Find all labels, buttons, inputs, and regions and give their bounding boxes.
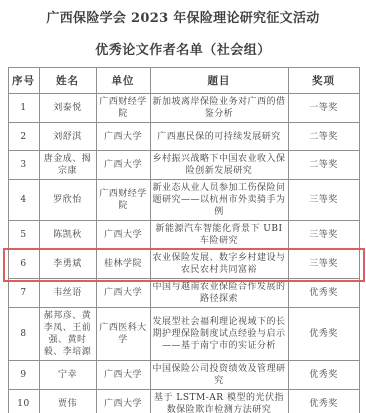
table-row: 7韦丝语广西大学中国与越南农业保险合作发展的路径探索优秀奖 — [8, 279, 359, 308]
row-number: 3 — [8, 151, 39, 180]
paper-title: 中国与越南农业保险合作发展的路径探索 — [150, 279, 288, 308]
row-number: 9 — [8, 361, 39, 390]
paper-title: 农业保险发展、数字乡村建设与农民农村共同富裕 — [150, 250, 288, 279]
author-unit: 广西大学 — [96, 221, 150, 250]
table-row: 10贾伟广西大学基于 LSTM-AR 模型的光伏指数保险欺诈检测方法研究优秀奖 — [8, 390, 359, 413]
column-header: 题目 — [150, 68, 288, 94]
author-name: 韦丝语 — [39, 279, 96, 308]
paper-title: 发展型社会福利理论视域下的长期护理保险制度试点经验与启示 ——基于南宁市的实证分… — [150, 308, 288, 361]
paper-title: 新能源汽车智能化背景下 UBI 车险研究 — [150, 221, 288, 250]
author-name: 宁幸 — [39, 361, 96, 390]
column-header: 序号 — [8, 68, 39, 94]
author-name: 罗欣怡 — [39, 180, 96, 221]
row-number: 5 — [8, 221, 39, 250]
awards-table-wrap: 序号姓名单位题目奖项 1刘泰悦广西财经学院新加坡离岸保险业务对广西的借鉴分析一等… — [8, 67, 359, 413]
award-level: 二等奖 — [288, 123, 359, 151]
paper-title: 新加坡离岸保险业务对广西的借鉴分析 — [150, 94, 288, 123]
author-name: 刘舒淇 — [39, 123, 96, 151]
author-unit: 广西财经学院 — [96, 180, 150, 221]
table-row: 8郝邦彦、黄李凤、王前强、黄时毅、李培源广西医科大学发展型社会福利理论视域下的长… — [8, 308, 359, 361]
table-row: 2刘舒淇广西大学广西惠民保的可持续发展研究二等奖 — [8, 123, 359, 151]
table-row: 1刘泰悦广西财经学院新加坡离岸保险业务对广西的借鉴分析一等奖 — [8, 94, 359, 123]
award-level: 二等奖 — [288, 151, 359, 180]
table-row: 4罗欣怡广西财经学院新业态从业人员参加工伤保险问题研究——以杭州市外卖骑手为例三… — [8, 180, 359, 221]
author-name: 贾伟 — [39, 390, 96, 413]
paper-title: 中国保险公司投资绩效及管理研究 — [150, 361, 288, 390]
column-header: 姓名 — [39, 68, 96, 94]
paper-title: 基于 LSTM-AR 模型的光伏指数保险欺诈检测方法研究 — [150, 390, 288, 413]
row-number: 10 — [8, 390, 39, 413]
column-header: 单位 — [96, 68, 150, 94]
author-unit: 广西大学 — [96, 151, 150, 180]
author-unit: 广西大学 — [96, 361, 150, 390]
paper-title: 乡村振兴战略下中国农业收入保险创新发展研究 — [150, 151, 288, 180]
author-unit: 广西医科大学 — [96, 308, 150, 361]
author-unit: 桂林学院 — [96, 250, 150, 279]
table-row: 5陈凯秋广西大学新能源汽车智能化背景下 UBI 车险研究三等奖 — [8, 221, 359, 250]
author-name: 郝邦彦、黄李凤、王前强、黄时毅、李培源 — [39, 308, 96, 361]
row-number: 8 — [8, 308, 39, 361]
award-level: 优秀奖 — [288, 308, 359, 361]
award-level: 三等奖 — [288, 180, 359, 221]
awards-table: 序号姓名单位题目奖项 1刘泰悦广西财经学院新加坡离岸保险业务对广西的借鉴分析一等… — [8, 67, 360, 413]
award-level: 优秀奖 — [288, 279, 359, 308]
table-row: 6李勇斌桂林学院农业保险发展、数字乡村建设与农民农村共同富裕三等奖 — [8, 250, 359, 279]
author-name: 刘泰悦 — [39, 94, 96, 123]
row-number: 1 — [8, 94, 39, 123]
author-unit: 广西大学 — [96, 123, 150, 151]
author-name: 陈凯秋 — [39, 221, 96, 250]
row-number: 6 — [8, 250, 39, 279]
author-name: 唐金成、揭宗康 — [39, 151, 96, 180]
row-number: 4 — [8, 180, 39, 221]
header-row: 序号姓名单位题目奖项 — [8, 68, 359, 94]
author-unit: 广西大学 — [96, 390, 150, 413]
row-number: 2 — [8, 123, 39, 151]
paper-title: 新业态从业人员参加工伤保险问题研究——以杭州市外卖骑手为例 — [150, 180, 288, 221]
author-unit: 广西财经学院 — [96, 94, 150, 123]
award-level: 优秀奖 — [288, 390, 359, 413]
award-level: 三等奖 — [288, 250, 359, 279]
author-name: 李勇斌 — [39, 250, 96, 279]
page-title: 广西保险学会 2023 年保险理论研究征文活动 — [0, 0, 366, 26]
table-row: 3唐金成、揭宗康广西大学乡村振兴战略下中国农业收入保险创新发展研究二等奖 — [8, 151, 359, 180]
award-level: 一等奖 — [288, 94, 359, 123]
page-subtitle: 优秀论文作者名单（社会组） — [0, 39, 366, 58]
table-row: 9宁幸广西大学中国保险公司投资绩效及管理研究优秀奖 — [8, 361, 359, 390]
award-level: 优秀奖 — [288, 361, 359, 390]
document-page: 广西保险学会 2023 年保险理论研究征文活动 优秀论文作者名单（社会组） 序号… — [0, 0, 366, 413]
award-level: 三等奖 — [288, 221, 359, 250]
author-unit: 广西大学 — [96, 279, 150, 308]
table-body: 1刘泰悦广西财经学院新加坡离岸保险业务对广西的借鉴分析一等奖2刘舒淇广西大学广西… — [8, 94, 359, 413]
column-header: 奖项 — [288, 68, 359, 94]
row-number: 7 — [8, 279, 39, 308]
paper-title: 广西惠民保的可持续发展研究 — [150, 123, 288, 151]
